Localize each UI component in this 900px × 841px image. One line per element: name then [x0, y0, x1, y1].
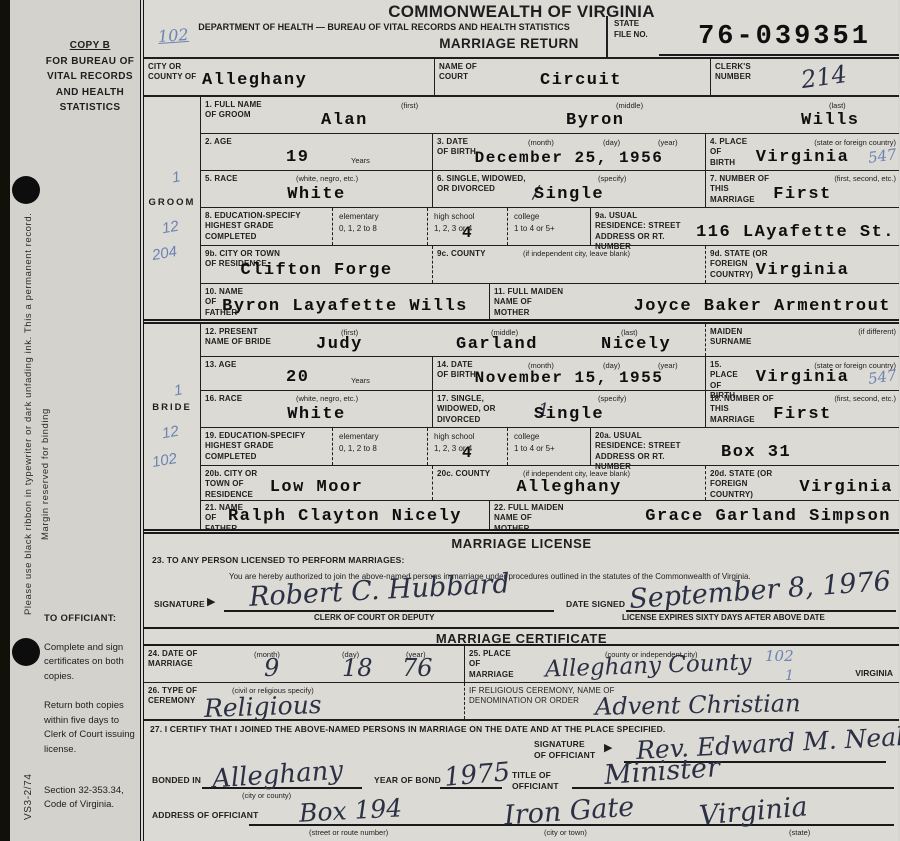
- court-row: CITY OR COUNTY OF Alleghany NAME OF COUR…: [144, 57, 899, 95]
- court-label: NAME OF COURT: [439, 62, 484, 83]
- bride-vitals-row: 13. AGE 20 Years 14. DATE OF BIRTH (mont…: [201, 356, 899, 390]
- state-file-number: 76-039351: [672, 22, 897, 52]
- bride-state-value: Virginia: [799, 478, 893, 497]
- copy-designation: COPY B FOR BUREAU OF VITAL RECORDS AND H…: [42, 38, 138, 116]
- groom-dob-value: December 25, 1956: [433, 149, 705, 167]
- groom-residence-value: 116 LAyafette St.: [696, 223, 895, 242]
- college-heading: college 1 to 4 or 5+: [514, 211, 555, 235]
- bride-county-value: Alleghany: [433, 478, 705, 497]
- groom-county-label: 9c. COUNTY: [437, 249, 486, 259]
- officiant-title-label: TITLE OF OFFICIANT: [512, 770, 564, 792]
- groom-margin-mark-3: 204: [151, 243, 179, 264]
- clerk-number-cell: CLERK'S NUMBER 214: [710, 59, 899, 95]
- groom-marital-value: Single: [433, 185, 705, 204]
- officiant-title-value: Minister: [603, 752, 721, 791]
- bride-age-suffix: Years: [351, 376, 370, 385]
- bride-education-row: 19. EDUCATION-SPECIFY HIGHEST GRADE COMP…: [201, 427, 899, 465]
- groom-state-cell: 9d. STATE (OR FOREIGN COUNTRY) Virginia: [705, 246, 899, 283]
- bride-margin-mark-2: 12: [161, 423, 180, 443]
- groom-race-label: 5. RACE: [205, 174, 238, 184]
- groom-pob-cell: 4. PLACE OF BIRTH (state or foreign coun…: [705, 134, 899, 170]
- marriage-day-value: 18: [342, 654, 373, 682]
- clerk-number-value: 214: [799, 60, 848, 94]
- street-hint: (street or route number): [309, 828, 388, 837]
- bride-grade-value: 4: [428, 444, 507, 462]
- bride-county-hint: (if independent city, leave blank): [523, 469, 630, 478]
- bride-mother-cell: 22. FULL MAIDEN NAME OF MOTHER Grace Gar…: [489, 501, 899, 529]
- state-file-underline: [659, 54, 899, 56]
- bride-marriage-no-value: First: [706, 405, 899, 424]
- bride-race-hint: (white, negro, etc.): [296, 394, 358, 403]
- groom-vitals-row: 2. AGE 19 Years 3. DATE OF BIRTH (month)…: [201, 133, 899, 170]
- groom-education-label: 8. EDUCATION-SPECIFY HIGHEST GRADE COMPL…: [205, 211, 325, 242]
- bride-dob-cell: 14. DATE OF BIRTH (month) (day) (year) N…: [432, 357, 705, 390]
- certificate-ceremony-row: 26. TYPE OF CEREMONY (civil or religious…: [144, 682, 899, 719]
- place-state-label: VIRGINIA: [855, 668, 893, 678]
- elementary-hint: 0, 1, 2 to 8: [339, 444, 377, 453]
- bride-race-value: White: [201, 405, 432, 424]
- license-to-label: 23. TO ANY PERSON LICENSED TO PERFORM MA…: [152, 555, 404, 566]
- bride-last-name: Nicely: [601, 335, 671, 354]
- certify-row: 27. I CERTIFY THAT I JOINED THE ABOVE-NA…: [144, 719, 899, 764]
- groom-side-column: GROOM 1 12 204: [144, 95, 201, 319]
- ceremony-type-cell: 26. TYPE OF CEREMONY (civil or religious…: [144, 683, 464, 719]
- license-date-label: DATE SIGNED: [566, 599, 625, 610]
- groom-location-row: 9b. CITY OR TOWN OF RESIDENCE Clifton Fo…: [201, 245, 899, 283]
- groom-age-cell: 2. AGE 19 Years: [201, 134, 432, 170]
- city-county-cell: CITY OR COUNTY OF Alleghany: [144, 59, 434, 95]
- clerk-number-label: CLERK'S NUMBER: [715, 62, 760, 83]
- groom-county-hint: (if independent city, leave blank): [523, 249, 630, 258]
- groom-father-cell: 10. NAME OF FATHER Byron Layafette Wills: [201, 284, 489, 319]
- form-code: VS3-2/74: [23, 740, 34, 820]
- marriage-place-cell: 25. PLACE OF MARRIAGE (county or indepen…: [464, 646, 899, 682]
- bride-parents-row: 21. NAME OF FATHER Ralph Clayton Nicely …: [201, 500, 899, 529]
- copy-subtitle: FOR BUREAU OF VITAL RECORDS AND HEALTH S…: [46, 56, 135, 114]
- groom-highschool-cell: high school 1, 2, 3 or 4 4: [427, 208, 507, 245]
- highschool-label: high school: [434, 432, 474, 441]
- bride-residence-cell: 20a. USUAL RESIDENCE: STREET ADDRESS OR …: [590, 428, 899, 465]
- officiant-instructions: TO OFFICIANT: Complete and sign certific…: [44, 612, 136, 827]
- day-hint: (day): [603, 138, 620, 147]
- groom-county-cell: 9c. COUNTY (if independent city, leave b…: [432, 246, 705, 283]
- margin-number-blue: 102: [157, 25, 189, 46]
- ink-instruction-note: Please use black ribbon in typewriter or…: [23, 165, 34, 615]
- bride-education-label: 19. EDUCATION-SPECIFY HIGHEST GRADE COMP…: [205, 431, 325, 462]
- elementary-hint: 0, 1, 2 to 8: [339, 224, 377, 233]
- groom-city-value: Clifton Forge: [201, 261, 432, 280]
- groom-name-row: 1. FULL NAME OF GROOM (first) (middle) (…: [201, 95, 899, 133]
- year-hint: (year): [658, 138, 678, 147]
- bride-age-cell: 13. AGE 20 Years: [201, 357, 432, 390]
- groom-father-value: Byron Layafette Wills: [201, 297, 489, 316]
- bride-pob-cell: 15. PLACE OF BIRTH (state or foreign cou…: [705, 357, 899, 390]
- bride-state-cell: 20d. STATE (OR FOREIGN COUNTRY) Virginia: [705, 466, 899, 500]
- code-section-note: Section 32-353.34, Code of Virginia.: [44, 784, 136, 813]
- elementary-heading: elementary 0, 1, 2 to 8: [339, 431, 379, 455]
- bride-marriage-no-hint: (first, second, etc.): [834, 394, 896, 403]
- left-margin: COPY B FOR BUREAU OF VITAL RECORDS AND H…: [10, 0, 140, 841]
- groom-last-name: Wills: [801, 111, 860, 130]
- bride-residence-value: Box 31: [721, 443, 791, 462]
- certify-cell: 27. I CERTIFY THAT I JOINED THE ABOVE-NA…: [144, 721, 899, 764]
- binding-margin-note: Margin reserved for binding: [40, 310, 51, 540]
- groom-mother-cell: 11. FULL MAIDEN NAME OF MOTHER Joyce Bak…: [489, 284, 899, 319]
- marriage-date-label: 24. DATE OF MARRIAGE: [148, 649, 208, 670]
- license-expires-note: LICENSE EXPIRES SIXTY DAYS AFTER ABOVE D…: [622, 613, 825, 622]
- denomination-value: Advent Christian: [595, 689, 801, 721]
- bride-maiden-hint: (if different): [858, 327, 896, 336]
- groom-middle-name: Byron: [566, 111, 625, 130]
- first-hint: (first): [401, 101, 418, 110]
- marriage-place-label: 25. PLACE OF MARRIAGE: [469, 649, 524, 680]
- groom-education-row: 8. EDUCATION-SPECIFY HIGHEST GRADE COMPL…: [201, 207, 899, 245]
- certificate-title-bar: MARRIAGE CERTIFICATE: [144, 627, 899, 646]
- groom-status-row: 5. RACE (white, negro, etc.) White 6. SI…: [201, 170, 899, 207]
- bride-state-label: 20d. STATE (OR FOREIGN COUNTRY): [710, 469, 790, 500]
- bride-age-label: 13. AGE: [205, 360, 236, 370]
- bride-county-cell: 20c. COUNTY (if independent city, leave …: [432, 466, 705, 500]
- groom-marriage-no-value: First: [706, 185, 899, 204]
- place-blue-mark: 102: [765, 647, 794, 665]
- bride-age-value: 20: [286, 368, 309, 387]
- elementary-heading: elementary 0, 1, 2 to 8: [339, 211, 379, 235]
- groom-marriage-no-cell: 7. NUMBER OF THIS MARRIAGE (first, secon…: [705, 171, 899, 207]
- groom-dob-cell: 3. DATE OF BIRTH (month) (day) (year) De…: [432, 134, 705, 170]
- bride-city-cell: 20b. CITY OR TOWN OF RESIDENCE Low Moor: [201, 466, 432, 500]
- marriage-place-value: Alleghany County: [545, 649, 752, 682]
- college-hint: 1 to 4 or 5+: [514, 444, 555, 453]
- bride-maiden-cell: MAIDEN SURNAME (if different): [705, 324, 899, 356]
- bond-year-value: 1975: [443, 757, 512, 793]
- state-hint: (state): [789, 828, 810, 837]
- officiant-street-value: Box 194: [298, 793, 403, 827]
- groom-marriage-no-hint: (first, second, etc.): [834, 174, 896, 183]
- month-hint: (month): [528, 138, 554, 147]
- bride-mother-value: Grace Garland Simpson: [490, 507, 899, 526]
- officiant-signature-label: SIGNATURE OF OFFICIANT: [534, 739, 596, 761]
- bride-margin-mark-3: 102: [151, 450, 179, 471]
- court-cell: NAME OF COURT Circuit: [434, 59, 710, 95]
- license-signature-label: SIGNATURE: [154, 599, 205, 610]
- bride-marital-hint: (specify): [598, 394, 626, 403]
- groom-section-label: GROOM: [144, 197, 200, 208]
- signature-arrow-icon: ▶: [207, 595, 215, 608]
- officiant-note-2: Return both copies within five days to C…: [44, 699, 136, 758]
- groom-residence-cell: 9a. USUAL RESIDENCE: STREET ADDRESS OR R…: [590, 208, 899, 245]
- bride-marital-value: Single: [433, 405, 705, 424]
- groom-college-cell: college 1 to 4 or 5+: [507, 208, 590, 245]
- groom-education-label-cell: 8. EDUCATION-SPECIFY HIGHEST GRADE COMPL…: [201, 208, 332, 245]
- groom-race-value: White: [201, 185, 432, 204]
- college-heading: college 1 to 4 or 5+: [514, 431, 555, 455]
- groom-mother-value: Joyce Baker Armentrout: [490, 297, 899, 316]
- bride-college-cell: college 1 to 4 or 5+: [507, 428, 590, 465]
- bride-status-row: 16. RACE (white, negro, etc.) White 17. …: [201, 390, 899, 427]
- marriage-return-form: COMMONWEALTH OF VIRGINIA DEPARTMENT OF H…: [140, 0, 898, 841]
- groom-race-hint: (white, negro, etc.): [296, 174, 358, 183]
- bond-year-label: YEAR OF BOND: [374, 775, 441, 786]
- groom-name-cell: 1. FULL NAME OF GROOM (first) (middle) (…: [201, 97, 899, 133]
- groom-margin-mark-1: 1: [171, 168, 182, 186]
- bride-father-cell: 21. NAME OF FATHER Ralph Clayton Nicely: [201, 501, 489, 529]
- marriage-month-value: 9: [264, 654, 279, 682]
- marriage-license-section: MARRIAGE LICENSE 23. TO ANY PERSON LICEN…: [144, 533, 899, 627]
- bride-side-column: BRIDE 1 12 102: [144, 324, 201, 529]
- bride-first-name: Judy: [316, 335, 363, 354]
- bride-city-value: Low Moor: [201, 478, 432, 497]
- bride-middle-name: Garland: [456, 335, 538, 354]
- bride-marriage-no-cell: 18. NUMBER OF THIS MARRIAGE (first, seco…: [705, 391, 899, 427]
- officiant-note-1: Complete and sign certificates on both c…: [44, 641, 136, 685]
- bride-race-cell: 16. RACE (white, negro, etc.) White: [201, 391, 432, 427]
- groom-margin-mark-2: 12: [161, 218, 180, 238]
- college-label: college: [514, 212, 539, 221]
- certificate-title: MARRIAGE CERTIFICATE: [144, 631, 899, 646]
- ceremony-type-label: 26. TYPE OF CEREMONY: [148, 686, 208, 707]
- hole-punch: [12, 638, 40, 666]
- groom-race-cell: 5. RACE (white, negro, etc.) White: [201, 171, 432, 207]
- form-title: COMMONWEALTH OF VIRGINIA: [144, 2, 899, 22]
- groom-age-value: 19: [286, 148, 309, 167]
- bride-name-cell: 12. PRESENT NAME OF BRIDE (first) (middl…: [201, 324, 705, 356]
- city-county-value: Alleghany: [202, 71, 307, 90]
- last-hint: (last): [829, 101, 846, 110]
- officiant-address-label: ADDRESS OF OFFICIANT: [152, 810, 258, 821]
- groom-marital-hint: (specify): [598, 174, 626, 183]
- clerk-signature-caption: CLERK OF COURT OR DEPUTY: [314, 613, 434, 622]
- groom-elementary-cell: elementary 0, 1, 2 to 8: [332, 208, 427, 245]
- bride-elementary-cell: elementary 0, 1, 2 to 8: [332, 428, 427, 465]
- city-county-label: CITY OR COUNTY OF: [148, 62, 208, 83]
- bride-education-label-cell: 19. EDUCATION-SPECIFY HIGHEST GRADE COMP…: [201, 428, 332, 465]
- marriage-year-value: 76: [402, 654, 433, 682]
- bonded-hint: (city or county): [242, 791, 291, 800]
- copy-title: COPY B: [42, 38, 138, 54]
- bride-race-label: 16. RACE: [205, 394, 242, 404]
- bride-margin-mark-1: 1: [173, 381, 184, 399]
- college-hint: 1 to 4 or 5+: [514, 224, 555, 233]
- bride-father-value: Ralph Clayton Nicely: [201, 507, 489, 526]
- court-value: Circuit: [540, 71, 622, 90]
- state-file-label: STATE FILE NO.: [614, 18, 654, 40]
- certificate-date-place-row: 24. DATE OF MARRIAGE (month) (day) (year…: [144, 646, 899, 682]
- groom-marital-cell: 6. SINGLE, WIDOWED, OR DIVORCED (specify…: [432, 171, 705, 207]
- groom-parents-row: 10. NAME OF FATHER Byron Layafette Wills…: [201, 283, 899, 319]
- return-title: MARRIAGE RETURN: [399, 36, 619, 51]
- elementary-label: elementary: [339, 212, 379, 221]
- town-hint: (city or town): [544, 828, 587, 837]
- elementary-label: elementary: [339, 432, 379, 441]
- highschool-label: high school: [434, 212, 474, 221]
- license-title: MARRIAGE LICENSE: [144, 536, 899, 551]
- middle-hint: (middle): [616, 101, 643, 110]
- groom-name-label: 1. FULL NAME OF GROOM: [205, 100, 267, 121]
- marriage-date-cell: 24. DATE OF MARRIAGE (month) (day) (year…: [144, 646, 464, 682]
- groom-age-label: 2. AGE: [205, 137, 232, 147]
- bride-dob-value: November 15, 1955: [433, 369, 705, 387]
- college-label: college: [514, 432, 539, 441]
- groom-state-value: Virginia: [706, 261, 899, 280]
- groom-age-suffix: Years: [351, 156, 370, 165]
- bride-section-label: BRIDE: [144, 402, 200, 413]
- bride-name-label: 12. PRESENT NAME OF BRIDE: [205, 327, 273, 348]
- groom-city-cell: 9b. CITY OR TOWN OF RESIDENCE Clifton Fo…: [201, 246, 432, 283]
- bride-highschool-cell: high school 1, 2, 3 or 4 4: [427, 428, 507, 465]
- groom-grade-value: 4: [428, 224, 507, 242]
- bonded-in-label: BONDED IN: [152, 775, 201, 786]
- officiant-heading: TO OFFICIANT:: [44, 612, 136, 627]
- bride-location-row: 20b. CITY OR TOWN OF RESIDENCE Low Moor …: [201, 465, 899, 500]
- department-line: DEPARTMENT OF HEALTH — BUREAU OF VITAL R…: [164, 22, 604, 32]
- bride-name-row: 12. PRESENT NAME OF BRIDE (first) (middl…: [201, 324, 899, 356]
- groom-first-name: Alan: [321, 111, 368, 130]
- bride-maiden-label: MAIDEN SURNAME: [710, 327, 760, 348]
- signature-arrow-icon: ▶: [604, 741, 612, 754]
- state-file-divider: [606, 16, 608, 57]
- bride-marital-cell: 17. SINGLE, WIDOWED, OR DIVORCED (specif…: [432, 391, 705, 427]
- denomination-cell: IF RELIGIOUS CEREMONY, NAME OF DENOMINAT…: [464, 683, 899, 719]
- scanned-marriage-return-document: COPY B FOR BUREAU OF VITAL RECORDS AND H…: [0, 0, 900, 841]
